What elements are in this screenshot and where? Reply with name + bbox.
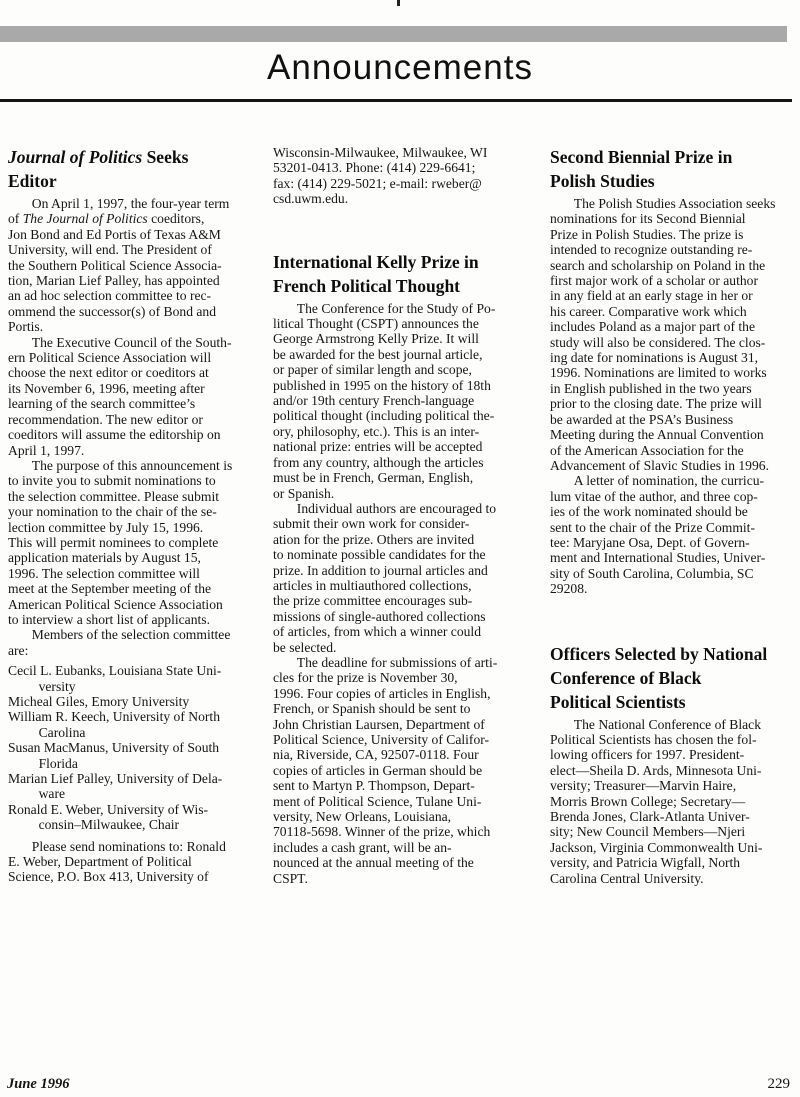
column-left: Journal of Politics Seeks Editor On Apri… — [8, 145, 260, 886]
three-column-text-area: Journal of Politics Seeks Editor On Apri… — [8, 145, 800, 886]
inline-italic-journal-title: The Journal of Politics — [23, 211, 148, 226]
section-heading-officers-selected: Officers Selected by National Conference… — [550, 642, 796, 714]
paragraph: The Executive Council of the South- ern … — [8, 335, 260, 458]
section-heading-kelly-prize: International Kelly Prize in French Poli… — [273, 250, 521, 298]
section-heading-polish-studies: Second Biennial Prize in Polish Studies — [550, 145, 796, 193]
header-gray-bar — [0, 26, 787, 42]
journal-announcements-page: Announcements Journal of Politics Seeks … — [0, 0, 800, 1097]
footer-page-number: 229 — [768, 1076, 791, 1093]
column-right: Second Biennial Prize in Polish Studies … — [550, 145, 796, 886]
paragraph: Individual authors are encouraged to sub… — [273, 501, 521, 655]
paragraph: On April 1, 1997, the four-year term of … — [8, 196, 260, 335]
paragraph: The National Conference of Black Politic… — [550, 717, 796, 886]
footer-issue-date: June 1996 — [7, 1076, 69, 1093]
paragraph: The Polish Studies Association seeks nom… — [550, 196, 796, 473]
header-rule — [0, 99, 792, 102]
paragraph: A letter of nomination, the curricu- lum… — [550, 473, 796, 596]
selection-committee-list: Cecil L. Eubanks, Louisiana State Uni- v… — [8, 663, 260, 832]
heading-italic-journal-title: Journal of Politics — [8, 147, 142, 167]
paragraph: The Conference for the Study of Po- liti… — [273, 301, 521, 501]
paragraph-text: coeditors, Jon Bond and Ed Portis of Tex… — [8, 211, 222, 334]
paragraph-continuation-address: Wisconsin-Milwaukee, Milwaukee, WI 53201… — [273, 145, 521, 207]
paragraph: The deadline for submissions of arti- cl… — [273, 655, 521, 886]
paragraph: The purpose of this announcement is to i… — [8, 458, 260, 658]
page-title: Announcements — [0, 48, 800, 88]
page-top-registration-mark — [397, 0, 400, 6]
section-heading-journal-of-politics: Journal of Politics Seeks Editor — [8, 145, 260, 193]
column-middle: Wisconsin-Milwaukee, Milwaukee, WI 53201… — [273, 145, 521, 886]
paragraph: Please send nominations to: Ronald E. We… — [8, 839, 260, 885]
